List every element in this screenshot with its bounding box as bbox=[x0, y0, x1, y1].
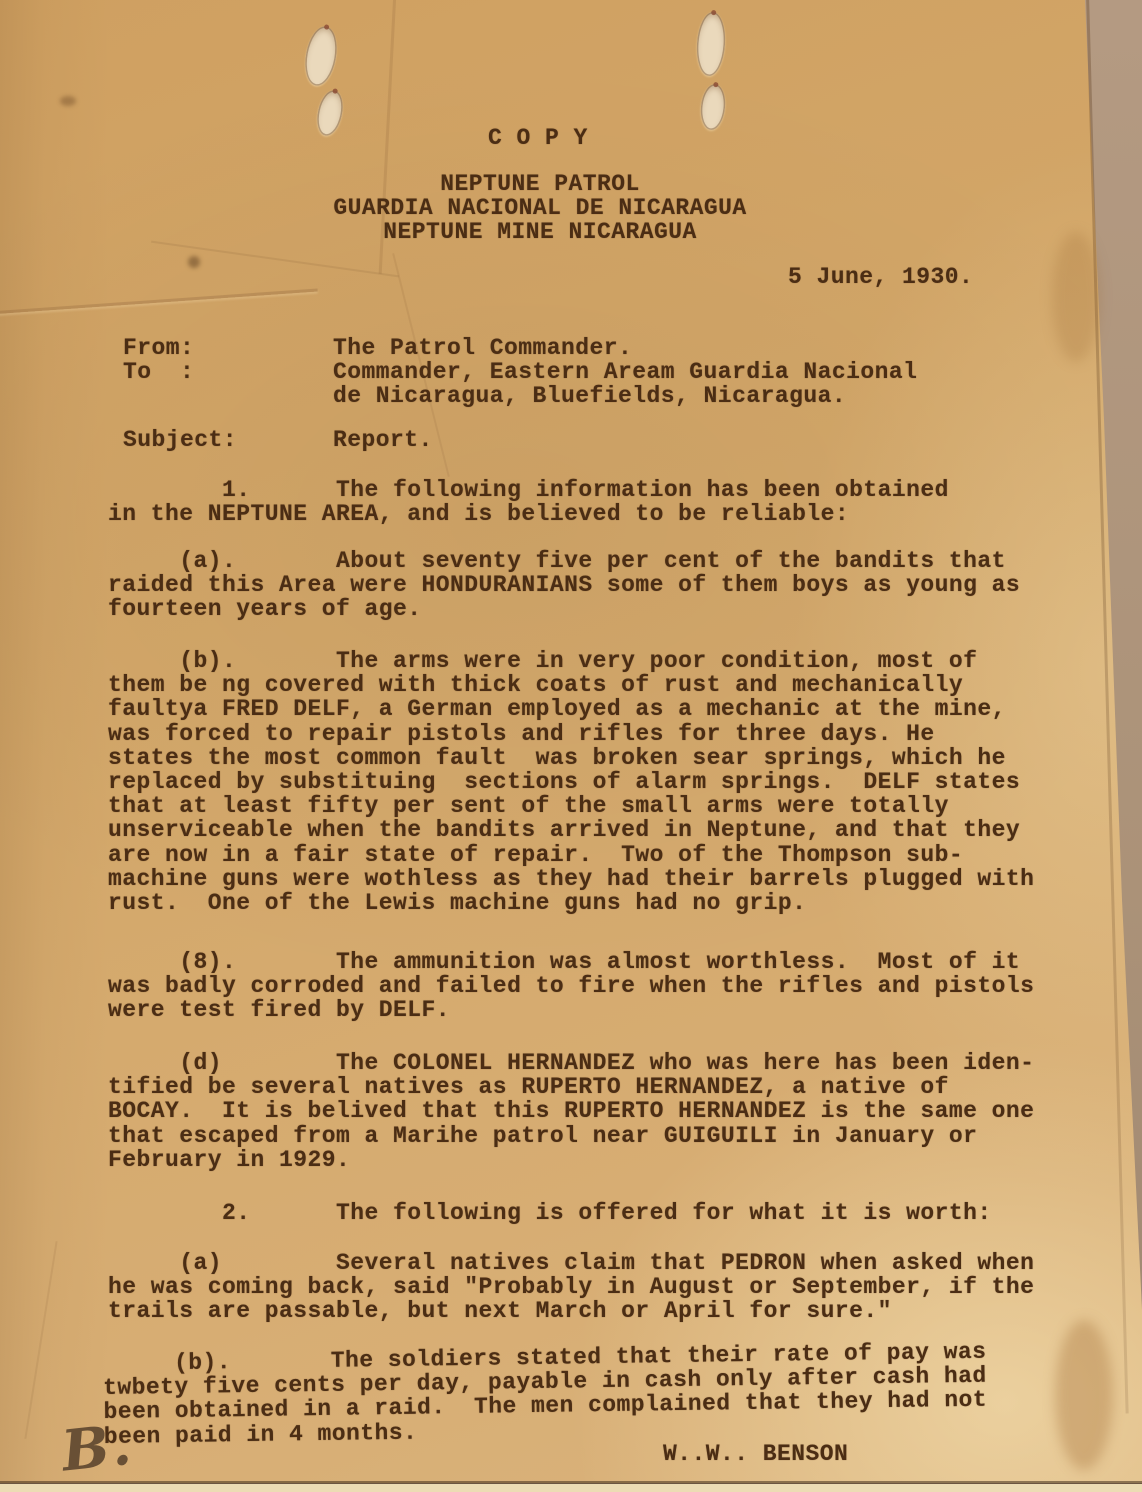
paragraph-1d: (d) The COLONEL HERNANDEZ who was here h… bbox=[108, 1051, 1034, 1172]
letterhead: NEPTUNE PATROL GUARDIA NACIONAL DE NICAR… bbox=[170, 172, 910, 245]
signature-line: W..W.. BENSON bbox=[663, 1442, 848, 1466]
subject-label: Subject: bbox=[123, 428, 333, 452]
paragraph-2a: (a) Several natives claim that PEDRON wh… bbox=[108, 1251, 1034, 1324]
to-value: Commander, Eastern Aream Guardia Naciona… bbox=[333, 360, 917, 408]
paragraph-1: 1. The following information has been ob… bbox=[108, 478, 949, 526]
underlying-sheet bbox=[0, 1484, 1142, 1492]
subject-row: Subject:Report. bbox=[123, 428, 433, 452]
paragraph-2: 2. The following is offered for what it … bbox=[108, 1201, 992, 1225]
copy-stamp: C O P Y bbox=[488, 126, 588, 150]
paragraph-1b: (b). The arms were in very poor conditio… bbox=[108, 649, 1034, 915]
date-line: 5 June, 1930. bbox=[788, 265, 973, 289]
handwritten-initial: B. bbox=[59, 1411, 136, 1484]
paragraph-1a: (a). About seventy five per cent of the … bbox=[108, 549, 1020, 622]
from-row: From:The Patrol Commander. bbox=[123, 336, 632, 360]
scanned-letter-page: C O P Y NEPTUNE PATROL GUARDIA NACIONAL … bbox=[0, 0, 1142, 1492]
from-label: From: bbox=[123, 336, 333, 360]
to-label: To : bbox=[123, 360, 333, 384]
to-row: To :Commander, Eastern Aream Guardia Nac… bbox=[123, 360, 917, 408]
paragraph-1c: (8). The ammunition was almost worthless… bbox=[108, 950, 1034, 1023]
subject-value: Report. bbox=[333, 428, 433, 452]
paragraph-2b: (b). The soldiers stated that their rate… bbox=[103, 1340, 988, 1449]
from-value: The Patrol Commander. bbox=[333, 336, 632, 360]
